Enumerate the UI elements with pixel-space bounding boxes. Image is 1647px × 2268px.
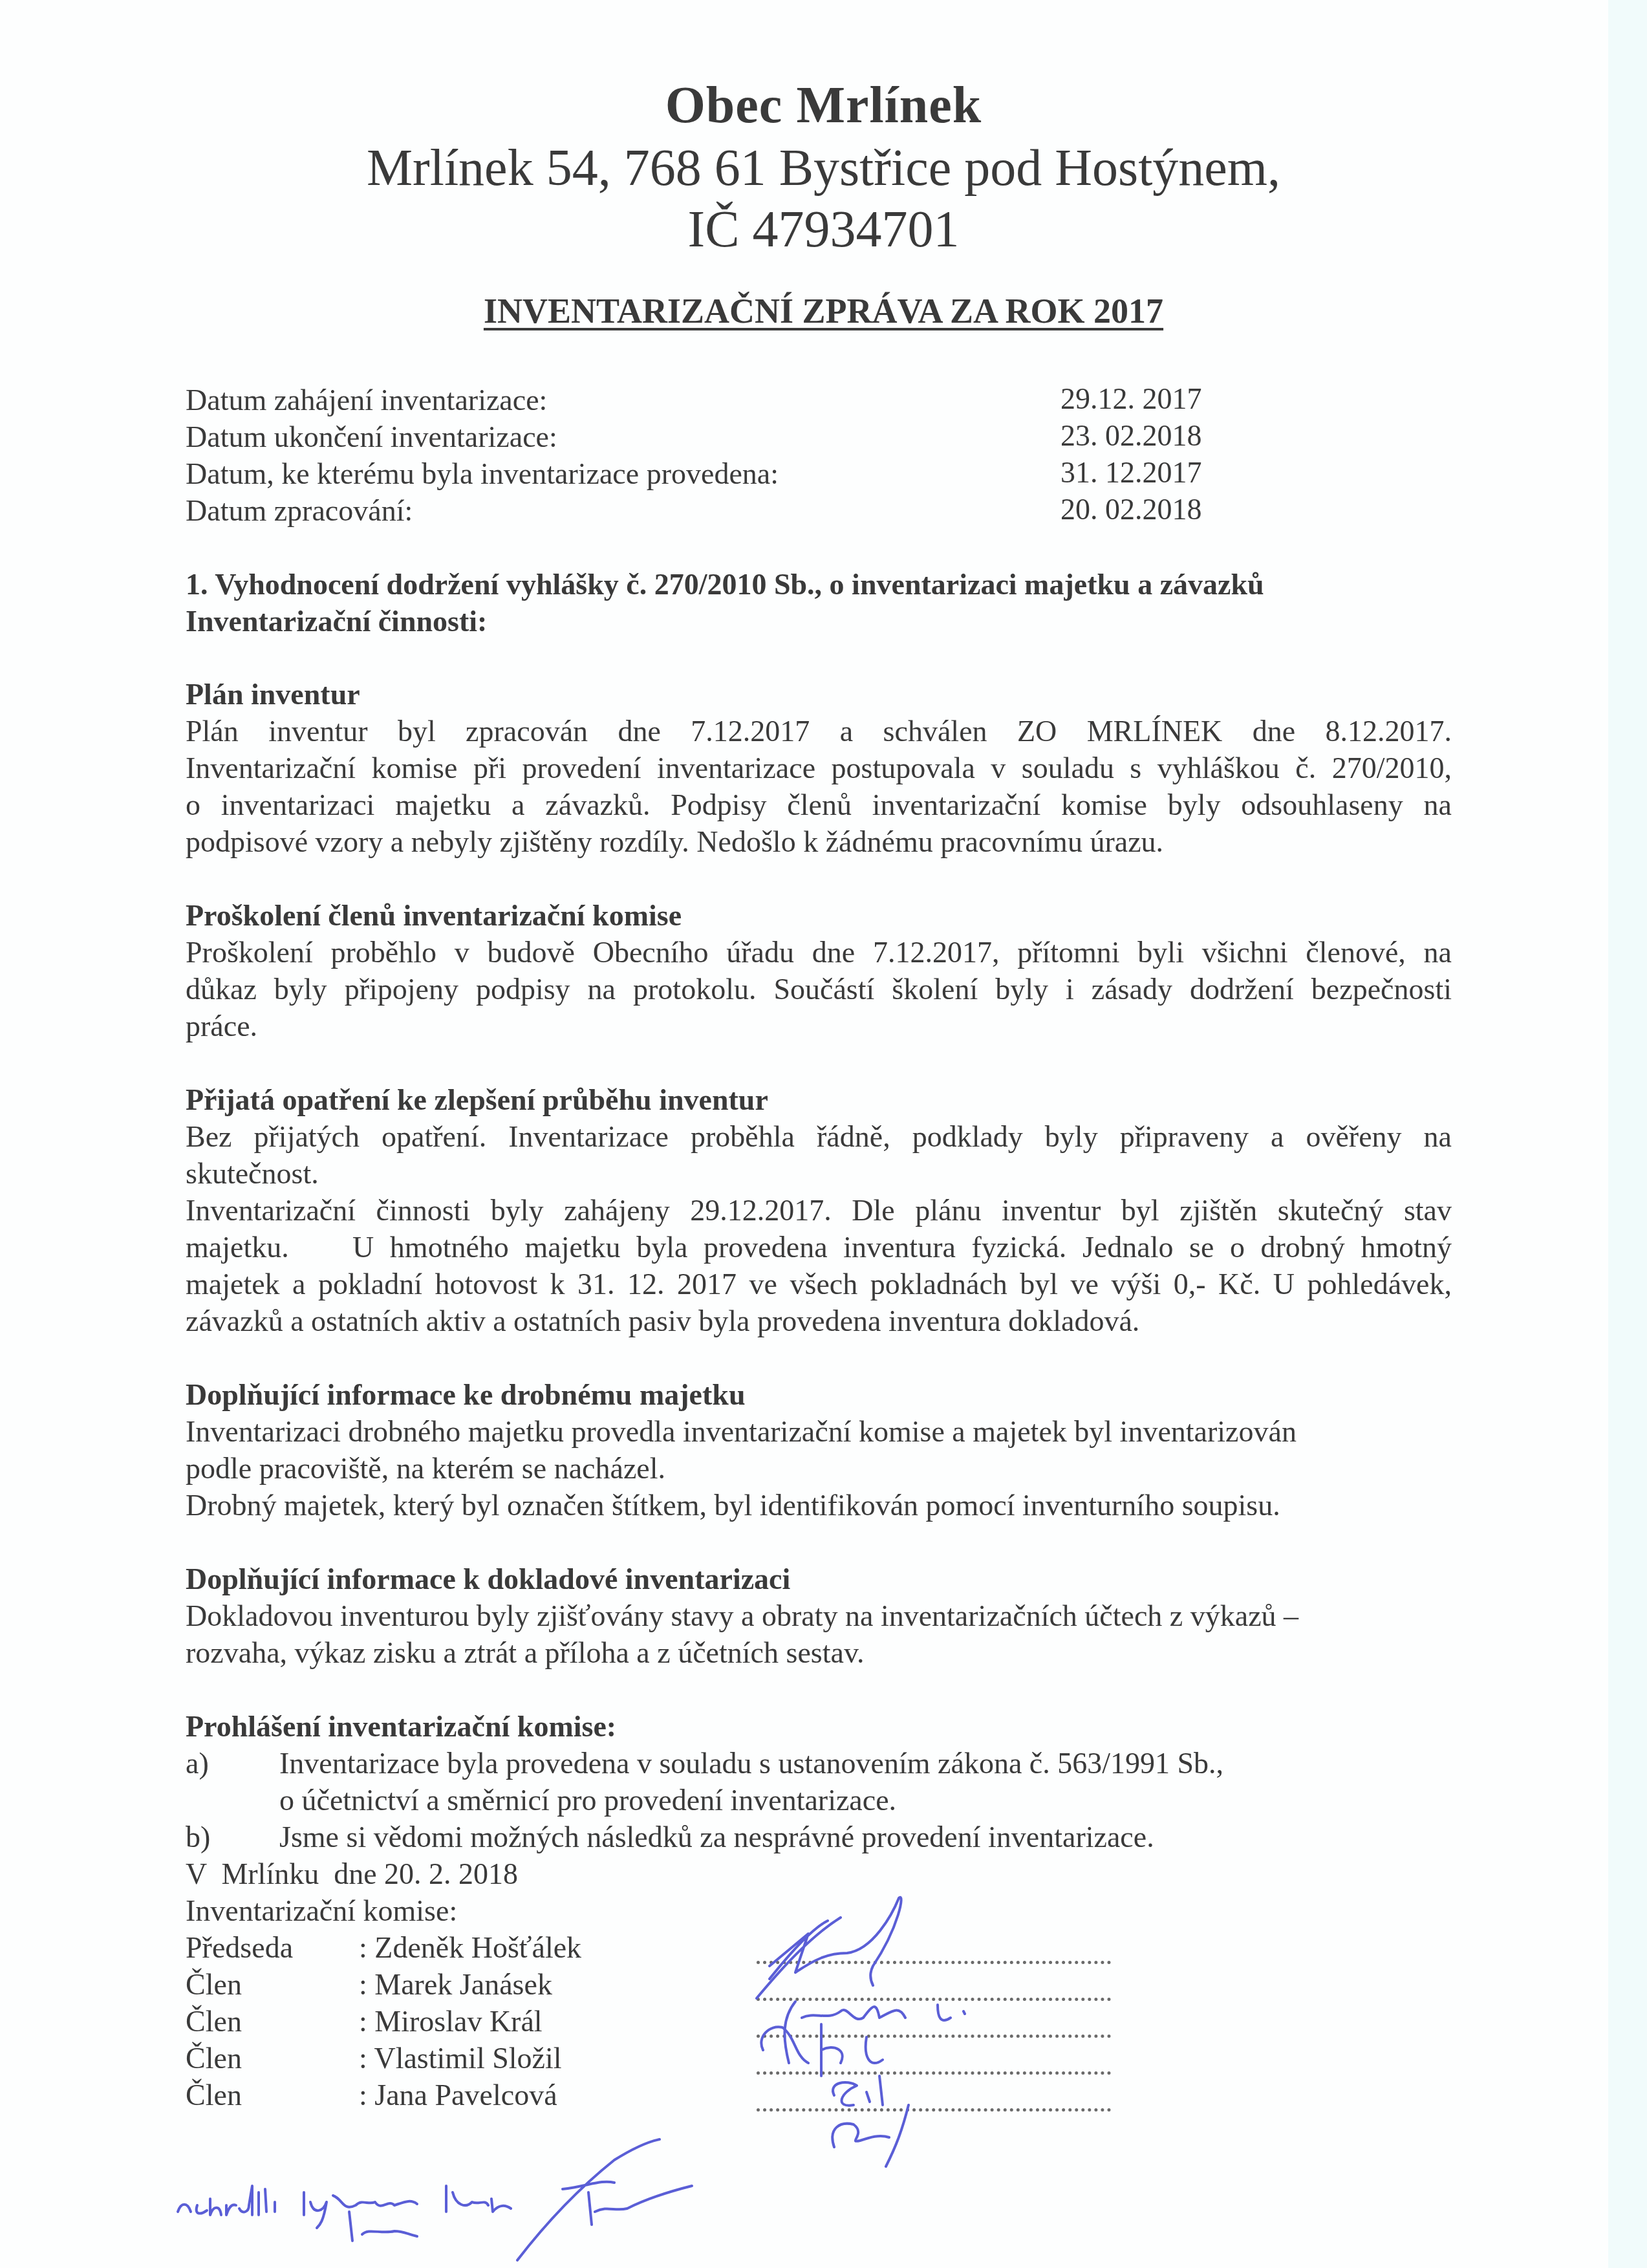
- date-label: Datum zpracování:: [186, 492, 413, 529]
- section-heading: 1. Vyhodnocení dodržení vyhlášky č. 270/…: [186, 566, 1264, 603]
- municipality-ico: IČ 47934701: [0, 200, 1647, 259]
- committee-role: Předseda: [186, 1929, 293, 1966]
- committee-label: Inventarizační komise:: [186, 1892, 457, 1929]
- date-value: 23. 02.2018: [1060, 418, 1202, 453]
- training-line: důkaz byly připojeny podpisy na protokol…: [186, 971, 1452, 1008]
- declaration-heading: Prohlášení inventarizační komise:: [186, 1708, 616, 1745]
- approval-handwritten-note: [162, 2121, 1132, 2268]
- date-value: 20. 02.2018: [1060, 492, 1202, 526]
- measures-line: skutečnost.: [186, 1155, 319, 1192]
- small-assets-line: Inventarizaci drobného majetku provedla …: [186, 1413, 1297, 1450]
- training-heading: Proškolení členů inventarizační komise: [186, 897, 682, 934]
- report-title: INVENTARIZAČNÍ ZPRÁVA ZA ROK 2017: [0, 291, 1647, 331]
- plan-line: o inventarizaci majetku a závazků. Podpi…: [186, 786, 1452, 823]
- measures-heading: Přijatá opatření ke zlepšení průběhu inv…: [186, 1081, 768, 1118]
- committee-member: : Miroslav Král: [359, 2003, 543, 2040]
- measures-line: majetku. U hmotného majetku byla provede…: [186, 1229, 1452, 1266]
- report-title-text: INVENTARIZAČNÍ ZPRÁVA ZA ROK 2017: [484, 292, 1163, 330]
- small-assets-line: Drobný majetek, který byl označen štítke…: [186, 1487, 1280, 1524]
- plan-line: Plán inventur byl zpracován dne 7.12.201…: [186, 713, 1452, 750]
- measures-line: Inventarizační činnosti byly zahájeny 29…: [186, 1192, 1452, 1229]
- date-label: Datum ukončení inventarizace:: [186, 418, 557, 455]
- place-date: V Mrlínku dne 20. 2. 2018: [186, 1855, 518, 1892]
- municipality-address: Mrlínek 54, 768 61 Bystřice pod Hostýnem…: [0, 139, 1647, 198]
- training-line: Proškolení proběhlo v budově Obecního úř…: [186, 934, 1452, 971]
- date-label: Datum zahájení inventarizace:: [186, 382, 547, 418]
- declaration-text: Jsme si vědomi možných následků za nespr…: [279, 1819, 1154, 1855]
- date-value: 29.12. 2017: [1060, 382, 1202, 416]
- doc-inventory-line: Dokladovou inventurou byly zjišťovány st…: [186, 1597, 1298, 1634]
- small-assets-heading: Doplňující informace ke drobnému majetku: [186, 1376, 746, 1413]
- plan-line: Inventarizační komise při provedení inve…: [186, 750, 1452, 786]
- measures-line: závazků a ostatních aktiv a ostatních pa…: [186, 1302, 1139, 1339]
- declaration-text: o účetnictví a směrnicí pro provedení in…: [279, 1782, 896, 1819]
- handwritten-signatures: [744, 1888, 1164, 2160]
- committee-role: Člen: [186, 2003, 242, 2040]
- declaration-marker: b): [186, 1819, 210, 1855]
- committee-member: : Marek Janásek: [359, 1966, 552, 2003]
- measures-line: majetek a pokladní hotovost k 31. 12. 20…: [186, 1266, 1452, 1302]
- measures-line: Bez přijatých opatření. Inventarizace pr…: [186, 1118, 1452, 1155]
- declaration-marker: a): [186, 1745, 209, 1782]
- date-value: 31. 12.2017: [1060, 455, 1202, 490]
- plan-heading: Plán inventur: [186, 676, 360, 713]
- committee-member: : Jana Pavelcová: [359, 2077, 557, 2113]
- declaration-text: Inventarizace byla provedena v souladu s…: [279, 1745, 1223, 1782]
- doc-inventory-line: rozvaha, výkaz zisku a ztrát a příloha a…: [186, 1634, 864, 1671]
- committee-member: : Vlastimil Složil: [359, 2040, 562, 2077]
- doc-inventory-heading: Doplňující informace k dokladové inventa…: [186, 1561, 790, 1597]
- committee-role: Člen: [186, 1966, 242, 2003]
- municipality-name: Obec Mrlínek: [0, 76, 1647, 135]
- small-assets-line: podle pracoviště, na kterém se nacházel.: [186, 1450, 665, 1487]
- training-line: práce.: [186, 1008, 257, 1044]
- plan-line: podpisové vzory a nebyly zjištěny rozdíl…: [186, 823, 1163, 860]
- committee-member: : Zdeněk Hošťálek: [359, 1929, 581, 1966]
- section-subheading: Inventarizační činnosti:: [186, 603, 487, 640]
- date-label: Datum, ke kterému byla inventarizace pro…: [186, 455, 779, 492]
- scan-edge: [1608, 0, 1647, 2268]
- committee-role: Člen: [186, 2077, 242, 2113]
- committee-role: Člen: [186, 2040, 242, 2077]
